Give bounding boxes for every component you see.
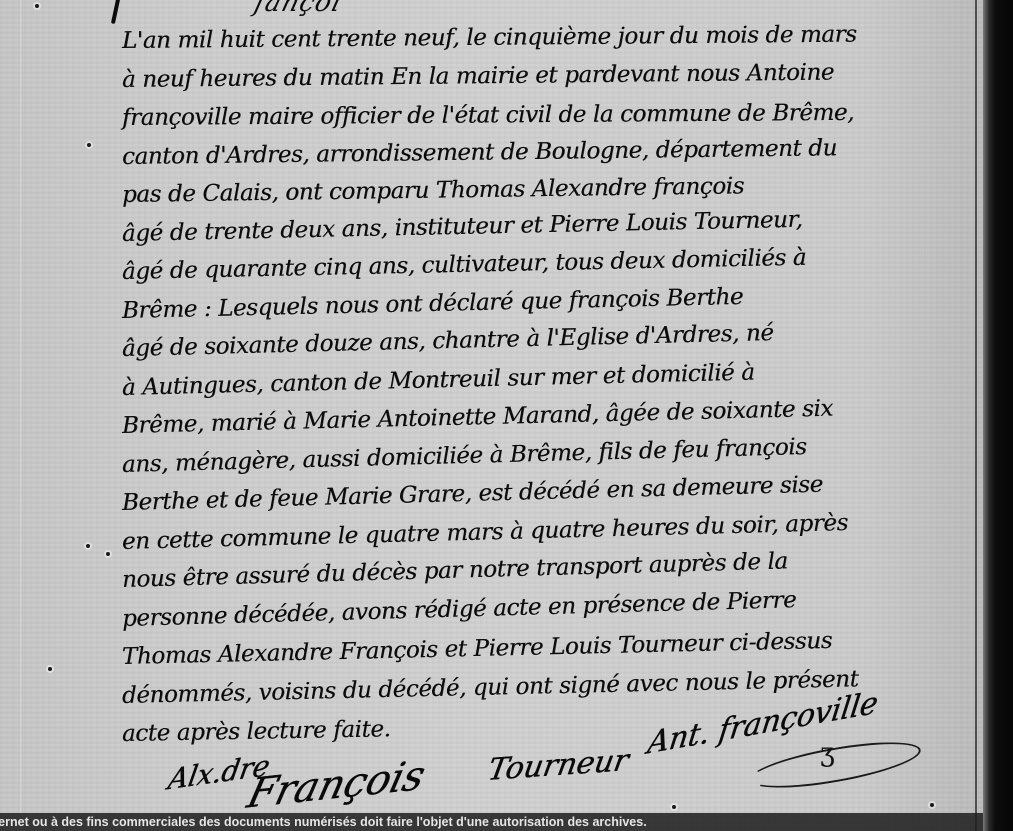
- ink-speck: [672, 805, 676, 809]
- ink-speck: [87, 143, 91, 147]
- signature-francois: François: [243, 752, 430, 818]
- page-heading-fragment: fançoi: [251, 0, 345, 18]
- signature-thomas-alexandre: Alx.dre: [165, 748, 272, 796]
- binding-edge: [983, 0, 1013, 831]
- copyright-notice-banner: ternet ou à des fins commerciales des do…: [0, 813, 983, 831]
- record-body: L'an mil huit cent trente neuf, le cinqu…: [122, 22, 982, 754]
- margin-stroke: [111, 0, 121, 24]
- ink-speck: [106, 552, 110, 556]
- document-viewer: fançoi L'an mil huit cent trente neuf, l…: [0, 0, 1013, 831]
- ink-speck: [86, 544, 90, 548]
- ink-speck: [930, 803, 934, 807]
- margin-rule: [20, 0, 23, 831]
- ink-speck: [35, 4, 39, 8]
- ink-speck: [48, 667, 52, 671]
- copyright-notice-text: ternet ou à des fins commerciales des do…: [0, 813, 647, 831]
